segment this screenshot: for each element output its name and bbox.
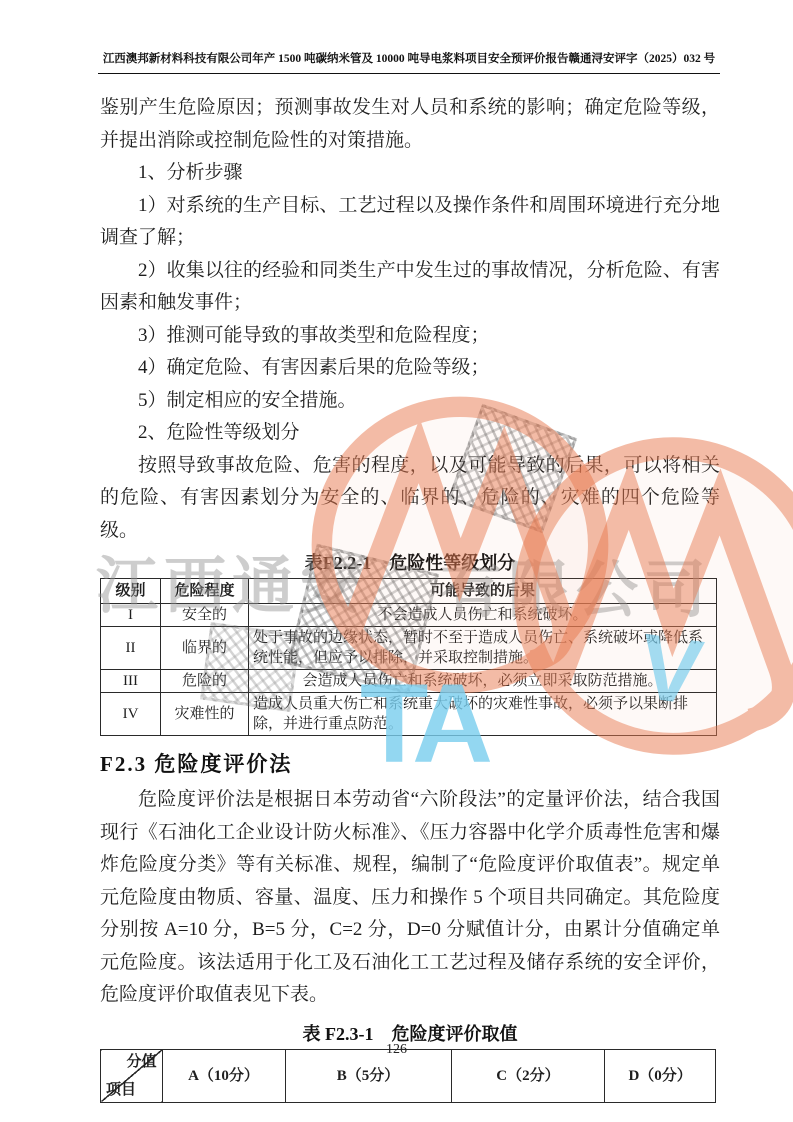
cell-level: IV [101,693,161,736]
col-header-degree: 危险程度 [161,579,249,604]
body-paragraph: 2）收集以往的经验和同类生产中发生过的事故情况，分析危险、有害因素和触发事件； [100,255,720,320]
table-header-row: 级别 危险程度 可能导致的后果 [101,579,717,604]
cell-degree: 危险的 [161,670,249,693]
corner-label-item: 项目 [106,1080,136,1100]
col-header-consequence: 可能导致的后果 [249,579,717,604]
cell-level: II [101,627,161,670]
body-paragraph: 4）确定危险、有害因素后果的危险等级； [100,352,720,385]
col-header-level: 级别 [101,579,161,604]
page-content: 鉴别产生危险原因；预测事故发生对人员和系统的影响；确定危险等级，并提出消除或控制… [100,92,720,1103]
table-row: IV 灾难性的 造成人员重大伤亡和系统重大破坏的灾难性事故，必须予以果断排除，并… [101,693,717,736]
body-paragraph: 3）推测可能导致的事故类型和危险程度； [100,320,720,353]
cell-consequence: 处于事故的边缘状态，暂时不至于造成人员伤亡、系统破坏或降低系统性能，但应予以排除… [249,627,717,670]
hazard-level-table: 级别 危险程度 可能导致的后果 I 安全的 不会造成人员伤亡和系统破坏。 II … [100,578,717,736]
body-paragraph: 1）对系统的生产目标、工艺过程以及操作条件和周围环境进行充分地调查了解； [100,190,720,255]
cell-level: I [101,604,161,627]
body-paragraph: 2、危险性等级划分 [100,417,720,450]
table-row: II 临界的 处于事故的边缘状态，暂时不至于造成人员伤亡、系统破坏或降低系统性能… [101,627,717,670]
table-row: III 危险的 会造成人员伤亡和系统破坏，必须立即采取防范措施。 [101,670,717,693]
table-row: I 安全的 不会造成人员伤亡和系统破坏。 [101,604,717,627]
body-paragraph: 1、分析步骤 [100,157,720,190]
section-heading: F2.3 危险度评价法 [100,748,720,778]
body-paragraph: 鉴别产生危险原因；预测事故发生对人员和系统的影响；确定危险等级，并提出消除或控制… [100,92,720,157]
cell-level: III [101,670,161,693]
document-page: 江西澳邦新材料科技有限公司年产 1500 吨碳纳米管及 10000 吨导电浆料项… [0,0,793,1122]
cell-consequence: 不会造成人员伤亡和系统破坏。 [249,604,717,627]
body-paragraph: 5）制定相应的安全措施。 [100,385,720,418]
page-number: 126 [0,1042,793,1058]
cell-degree: 灾难性的 [161,693,249,736]
cell-degree: 安全的 [161,604,249,627]
running-header: 江西澳邦新材料科技有限公司年产 1500 吨碳纳米管及 10000 吨导电浆料项… [98,50,720,74]
cell-consequence: 造成人员重大伤亡和系统重大破坏的灾难性事故，必须予以果断排除，并进行重点防范。 [249,693,717,736]
cell-degree: 临界的 [161,627,249,670]
section-paragraph: 危险度评价法是根据日本劳动省“六阶段法”的定量评价法，结合我国现行《石油化工企业… [100,784,720,1012]
body-paragraph: 按照导致事故危险、危害的程度，以及可能导致的后果，可以将相关的危险、有害因素划分… [100,450,720,548]
table1-caption: 表F2.2-1 危险性等级划分 [100,549,720,575]
cell-consequence: 会造成人员伤亡和系统破坏，必须立即采取防范措施。 [249,670,717,693]
